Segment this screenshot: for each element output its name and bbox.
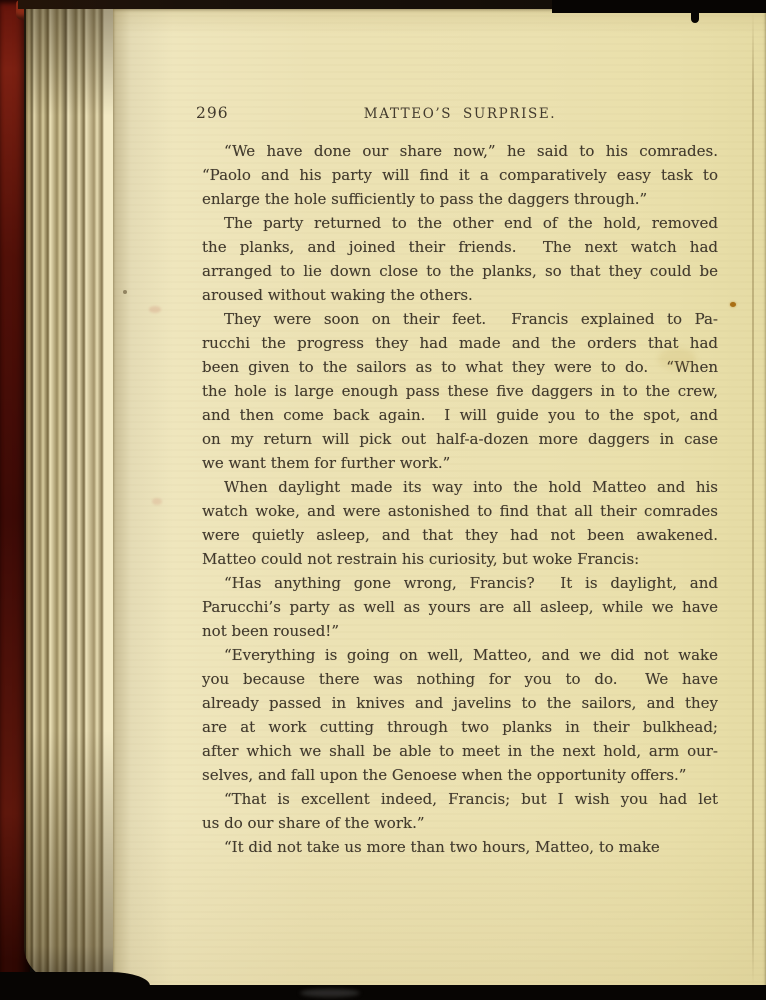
text-line: “It did not take us more than two hours,… xyxy=(202,835,718,859)
text-line: you because there was nothing for you to… xyxy=(202,667,718,691)
text-line: Matteo could not restrain his curiosity,… xyxy=(202,547,718,571)
text-line: “That is excellent indeed, Francis; but … xyxy=(202,787,718,811)
text-line: us do our share of the work.” xyxy=(202,811,718,835)
text-line: after which we shall be able to meet in … xyxy=(202,739,718,763)
text-line: been given to the sailors as to what the… xyxy=(202,355,718,379)
photo-dust xyxy=(300,989,360,997)
page-edges-stack xyxy=(24,6,116,985)
text-line: and then come back again. I will guide y… xyxy=(202,403,718,427)
paper-stain xyxy=(658,348,696,370)
text-line: the planks, and joined their friends. Th… xyxy=(202,235,718,259)
text-block: “We have done our share now,” he said to… xyxy=(202,139,718,859)
text-line: are at work cutting through two planks i… xyxy=(202,715,718,739)
text-line: we want them for further work.” xyxy=(202,451,718,475)
paper-smudge xyxy=(152,498,162,505)
gutter-shadow xyxy=(113,8,173,989)
photo-of-book-page: { "book": { "page_number": "296", "runni… xyxy=(0,0,766,1000)
text-line: not been roused!” xyxy=(202,619,718,643)
text-line: watch woke, and were astonished to find … xyxy=(202,499,718,523)
text-line: were quietly asleep, and that they had n… xyxy=(202,523,718,547)
text-line: “Paolo and his party will find it a comp… xyxy=(202,163,718,187)
text-line: “Everything is going on well, Matteo, an… xyxy=(202,643,718,667)
fore-edge-line xyxy=(752,12,754,985)
photo-top-edge-dark xyxy=(552,0,766,13)
photo-top-edge xyxy=(18,0,570,9)
text-line: selves, and fall upon the Genoese when t… xyxy=(202,763,718,787)
text-line: on my return will pick out half-a-dozen … xyxy=(202,427,718,451)
text-line: Parucchi’s party as well as yours are al… xyxy=(202,595,718,619)
photo-bottom-edge xyxy=(0,985,766,1000)
text-line: They were soon on their feet. Francis ex… xyxy=(202,307,718,331)
paper-speck xyxy=(123,290,127,294)
text-line: “Has anything gone wrong, Francis? It is… xyxy=(202,571,718,595)
photo-top-notch xyxy=(691,0,699,23)
text-line: When daylight made its way into the hold… xyxy=(202,475,718,499)
book-page: 296 MATTEO’S SURPRISE. “We have done our… xyxy=(113,8,766,989)
paper-speck xyxy=(730,302,736,307)
text-line: arranged to lie down close to the planks… xyxy=(202,259,718,283)
running-header: MATTEO’S SURPRISE. xyxy=(202,106,718,122)
text-line: already passed in knives and javelins to… xyxy=(202,691,718,715)
text-line: enlarge the hole sufficiently to pass th… xyxy=(202,187,718,211)
text-line: aroused without waking the others. xyxy=(202,283,718,307)
text-line: the hole is large enough pass these five… xyxy=(202,379,718,403)
page-header: 296 MATTEO’S SURPRISE. xyxy=(202,104,718,126)
text-line: “We have done our share now,” he said to… xyxy=(202,139,718,163)
paper-smudge xyxy=(149,306,161,313)
text-line: The party returned to the other end of t… xyxy=(202,211,718,235)
text-line: rucchi the progress they had made and th… xyxy=(202,331,718,355)
